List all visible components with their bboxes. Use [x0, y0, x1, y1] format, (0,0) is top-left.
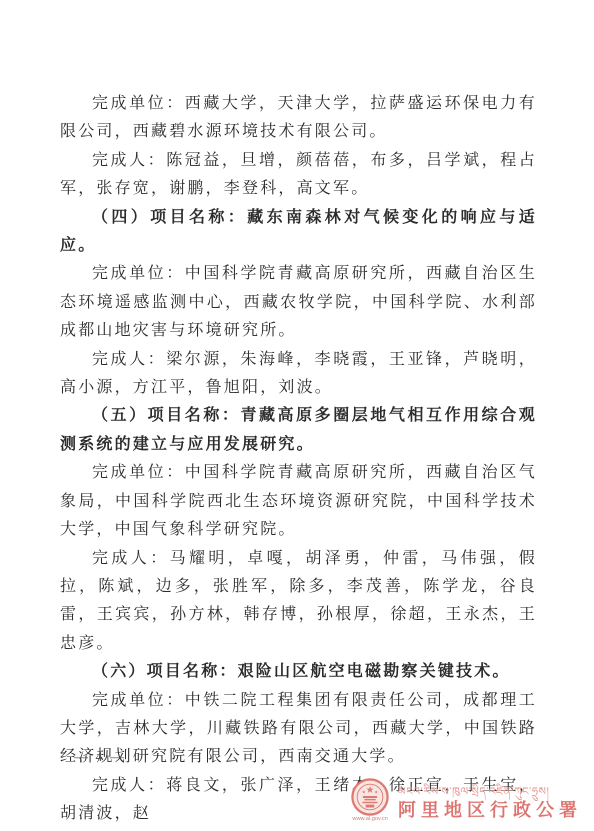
paragraph-project: （四）项目名称：藏东南森林对气候变化的响应与适应。 — [60, 204, 537, 261]
paragraph-unit: 完成单位：中国科学院青藏高原研究所，西藏自治区生态环境遥感监测中心，西藏农牧学院… — [60, 260, 537, 345]
document-body: 完成单位：西藏大学，天津大学，拉萨盛运环保电力有限公司，西藏碧水源环境技术有限公… — [60, 90, 537, 829]
national-emblem-icon — [351, 778, 389, 816]
paragraph-unit: 完成单位：中国科学院青藏高原研究所，西藏自治区气象局，中国科学院西北生态环境资源… — [60, 459, 537, 544]
paragraph-people: 完成人：陈冠益，旦增，颜蓓蓓，布多，吕学斌，程占军，张存宽，谢鹏，李登科，高文军… — [60, 147, 537, 204]
paragraph-project: （五）项目名称：青藏高原多圈层地气相互作用综合观测系统的建立与应用发展研究。 — [60, 402, 537, 459]
paragraph-project: （六）项目名称：艰险山区航空电磁勘察关键技术。 — [60, 658, 537, 686]
paragraph-unit: 完成单位：西藏大学，天津大学，拉萨盛运环保电力有限公司，西藏碧水源环境技术有限公… — [60, 90, 537, 147]
document-page: 完成单位：西藏大学，天津大学，拉萨盛运环保电力有限公司，西藏碧水源环境技术有限公… — [0, 0, 594, 831]
agency-name-chinese: 阿里地区行政公署 — [398, 799, 582, 821]
paragraph-unit: 完成单位：中铁二院工程集团有限责任公司，成都理工大学，吉林大学，川藏铁路有限公司… — [60, 687, 537, 772]
paragraph-people: 完成人：梁尔源，朱海峰，李晓霞，王亚锋，芦晓明，高小源，方江平，鲁旭阳，刘波。 — [60, 346, 537, 403]
agency-seal: www.al.gov.cn མངའ་རིས་ས་ཁུལ་སྲིད་འཛིན་ཀུ… — [348, 778, 582, 823]
paragraph-people: 完成人：马耀明，卓嘎，胡泽勇，仲雷，马伟强，假拉，陈斌，边多，张胜军，除多，李茂… — [60, 545, 537, 659]
page-number: — 4 — — [74, 750, 126, 766]
agency-name-tibetan: མངའ་རིས་ས་ཁུལ་སྲིད་འཛིན་ཀུང་ཧྲུས། — [398, 785, 549, 799]
agency-name-block: མངའ་རིས་ས་ཁུལ་སྲིད་འཛིན་ཀུང་ཧྲུས། 阿里地区行政… — [398, 785, 582, 823]
agency-website: www.al.gov.cn — [352, 816, 387, 822]
emblem-column: www.al.gov.cn — [348, 778, 392, 823]
